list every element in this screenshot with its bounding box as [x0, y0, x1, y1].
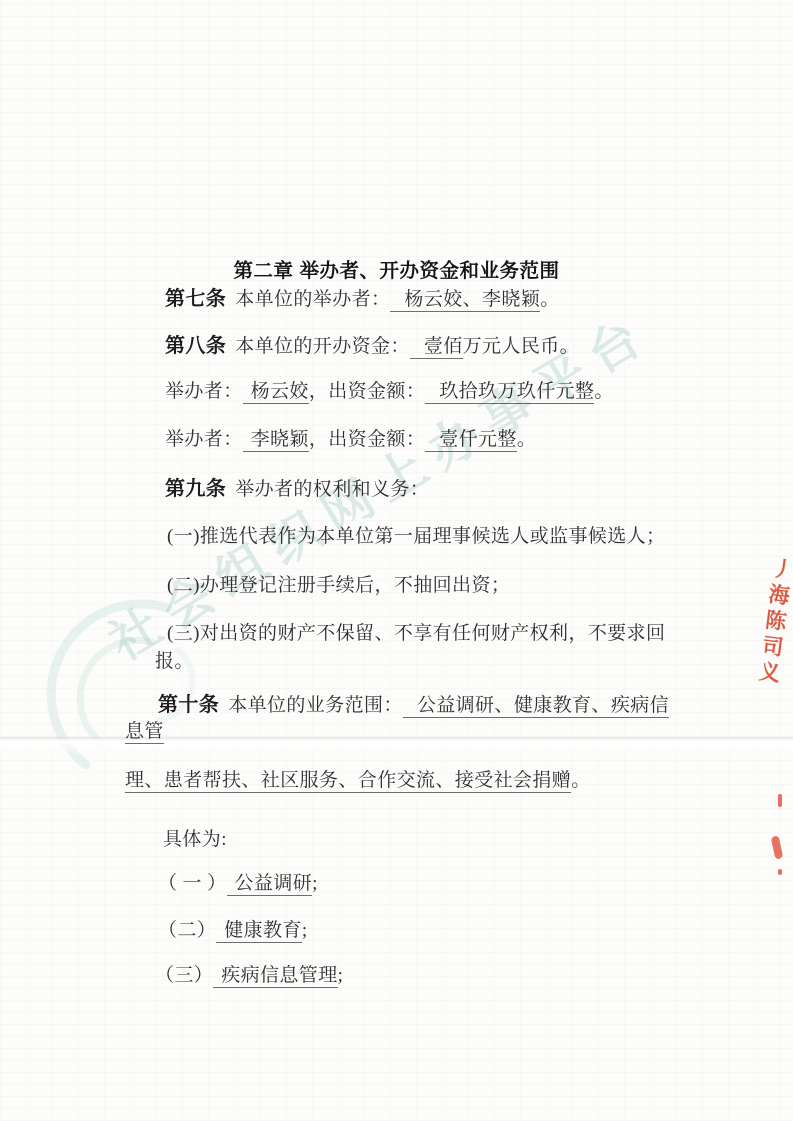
specific-item-3-number: （三）	[155, 965, 213, 986]
article-10-number: 第十条	[158, 694, 219, 716]
sponsor-1-name-underlined: 杨云姣	[243, 381, 309, 404]
scan-texture	[0, 0, 793, 1121]
article-10-scope-line3-underlined: 理、患者帮扶、社区服务、合作交流、接受社会捐赠	[125, 770, 571, 793]
red-ink-mark	[771, 835, 784, 859]
sponsor-2-mid: ，出资金额：	[309, 429, 425, 450]
article-7-suffix: 。	[540, 289, 559, 310]
specific-item-1-value-underlined: 公益调研	[227, 873, 313, 896]
article-7-label: 本单位的举办者：	[235, 289, 390, 310]
sponsor-2-amount-underlined: 壹仟元整	[425, 429, 517, 452]
article-9-line: 第九条举办者的权利和义务：	[165, 477, 429, 502]
specific-item-2-suffix: ;	[302, 920, 308, 941]
scan-seam-line	[0, 737, 793, 756]
specific-item-3-suffix: ;	[338, 965, 344, 986]
article-10-scope-line2-underlined: 息管	[125, 721, 164, 744]
article-10-scope-line2: 息管	[125, 719, 164, 744]
chapter-title: 第二章 举办者、开办资金和业务范围	[0, 255, 793, 283]
specific-item-1-suffix: ;	[312, 873, 318, 894]
sponsor-2-label: 举办者：	[165, 429, 243, 450]
article-10-scope-line1-underlined: 公益调研、健康教育、疾病信	[403, 695, 669, 718]
article-10-label: 本单位的业务范围：	[228, 695, 403, 716]
specific-item-1-number: （ 一 ）	[158, 873, 227, 894]
specific-item-2: （二）健康教育;	[158, 918, 308, 943]
scanned-document-page: 社会组织网上办事平台 第二章 举办者、开办资金和业务范围 第七条本单位的举办者：…	[0, 0, 793, 1121]
article-7-line: 第七条本单位的举办者：杨云姣、李晓颖。	[165, 287, 560, 312]
article-10-scope-line3: 理、患者帮扶、社区服务、合作交流、接受社会捐赠。	[125, 768, 591, 793]
article-9-item-3-wrap: 报。	[155, 649, 194, 674]
red-ink-mark	[778, 869, 782, 875]
article-8-line: 第八条本单位的开办资金：壹佰万元人民币。	[165, 334, 579, 359]
red-ink-mark	[778, 794, 782, 807]
sponsor-1-line: 举办者：杨云姣，出资金额：玖拾玖万玖仟元整。	[165, 379, 614, 404]
article-7-value-underlined: 杨云姣、李晓颖	[390, 289, 540, 312]
article-9-item-2: (二)办理登记注册手续后，不抽回出资；	[167, 573, 510, 598]
article-9-number: 第九条	[165, 478, 226, 500]
sponsor-2-line: 举办者：李晓颖，出资金额：壹仟元整。	[165, 427, 536, 452]
article-8-number: 第八条	[165, 335, 226, 357]
article-8-value-underlined: 壹佰	[410, 336, 463, 359]
sponsor-1-amount-underlined: 玖拾玖万玖仟元整	[425, 381, 594, 404]
specific-item-3-value-underlined: 疾病信息管理	[213, 965, 337, 988]
specific-item-1: （ 一 ）公益调研;	[158, 871, 318, 896]
seal-fragment-char: 义	[745, 657, 793, 688]
article-9-label: 举办者的权利和义务：	[235, 479, 429, 500]
sponsor-1-mid: ，出资金额：	[309, 381, 425, 402]
sponsor-1-label: 举办者：	[165, 381, 243, 402]
article-10-suffix: 。	[571, 770, 590, 791]
specific-item-2-number: （二）	[158, 920, 216, 941]
article-8-label: 本单位的开办资金：	[235, 336, 410, 357]
article-10-line: 第十条本单位的业务范围：公益调研、健康教育、疾病信	[158, 693, 669, 718]
article-8-suffix: 万元人民币。	[463, 336, 579, 357]
sponsor-1-suffix: 。	[594, 381, 613, 402]
specifics-intro: 具体为:	[163, 827, 227, 852]
specific-item-2-value-underlined: 健康教育	[216, 920, 302, 943]
article-9-item-1: (一)推选代表作为本单位第一届理事候选人或监事候选人；	[167, 524, 665, 549]
red-seal-fragment: 丿 海 陈 司 义	[745, 554, 793, 689]
article-7-number: 第七条	[165, 288, 226, 310]
specific-item-3: （三）疾病信息管理;	[155, 963, 343, 988]
sponsor-2-name-underlined: 李晓颖	[243, 429, 309, 452]
sponsor-2-suffix: 。	[517, 429, 536, 450]
article-9-item-3: (三)对出资的财产不保留、不享有任何财产权利，不要求回	[167, 621, 665, 646]
